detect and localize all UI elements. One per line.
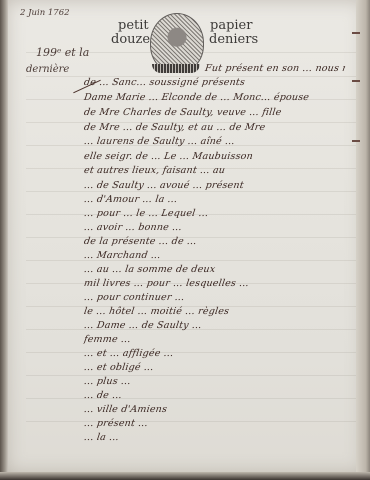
text-line-9: ... de Saulty ... avoué ... présent	[83, 180, 340, 191]
text-line-27: ... la ...	[83, 432, 340, 443]
text-line-24: ... de ...	[83, 390, 340, 401]
text-line-15: ... au ... la somme de deux	[83, 264, 340, 275]
text-line-25: ... ville d'Amiens	[83, 404, 340, 415]
text-line-22: ... et obligé ...	[83, 362, 340, 373]
text-line-4: de Mre Charles de Saulty, veuve ... fill…	[83, 107, 340, 118]
text-line-20: femme ...	[83, 334, 340, 345]
edge-mark	[352, 80, 360, 82]
stamp-text-deniers: deniers	[209, 33, 258, 47]
text-line-14: ... Marchand ...	[83, 250, 340, 261]
text-line-26: ... présent ...	[83, 418, 340, 429]
text-line-7: elle seigr. de ... Le ... Maubuisson	[83, 151, 340, 162]
stamp-text-douze: douze	[111, 33, 150, 47]
corner-date: 2 Juin 1762	[20, 8, 70, 18]
margin-reference-word: dernière	[26, 64, 69, 75]
stamp-banner	[152, 64, 200, 73]
text-line-13: de la présente ... de ...	[83, 236, 340, 247]
text-line-5: de Mre ... de Saulty, et au ... de Mre	[83, 122, 340, 133]
text-line-18: le ... hôtel ... moitié ... règles	[83, 306, 340, 317]
text-line-19: ... Dame ... de Saulty ...	[83, 320, 340, 331]
text-line-10: ... d'Amour ... la ...	[83, 194, 340, 205]
margin-reference-number: 199ᵉ et la	[36, 46, 89, 59]
text-line-6: ... laurens de Saulty ... aîné ...	[83, 136, 340, 147]
bottom-page-edge	[0, 472, 370, 480]
right-page-edge	[356, 0, 370, 480]
text-line-17: ... pour continuer ...	[83, 292, 340, 303]
stamp-text-papier: papier	[210, 19, 252, 33]
text-line-21: ... et ... affligée ...	[83, 348, 340, 359]
text-line-2: de ... Sanc... soussigné présents	[83, 77, 340, 88]
text-line-11: ... pour ... le ... Lequel ...	[83, 208, 340, 219]
text-line-8: et autres lieux, faisant ... au	[83, 165, 340, 176]
text-line-3: Dame Marie ... Elconde de ... Monc... ép…	[83, 92, 340, 103]
left-binding-edge	[0, 0, 8, 480]
text-line-23: ... plus ...	[83, 376, 340, 387]
text-line-16: mil livres ... pour ... lesquelles ...	[83, 278, 340, 289]
stamp-text-petit: petit	[118, 19, 149, 33]
text-line-12: ... avoir ... bonne ...	[83, 222, 340, 233]
text-line-1: Fut présent en son ... nous notaire au b…	[204, 63, 346, 74]
edge-mark	[352, 140, 360, 142]
edge-mark	[352, 32, 360, 34]
